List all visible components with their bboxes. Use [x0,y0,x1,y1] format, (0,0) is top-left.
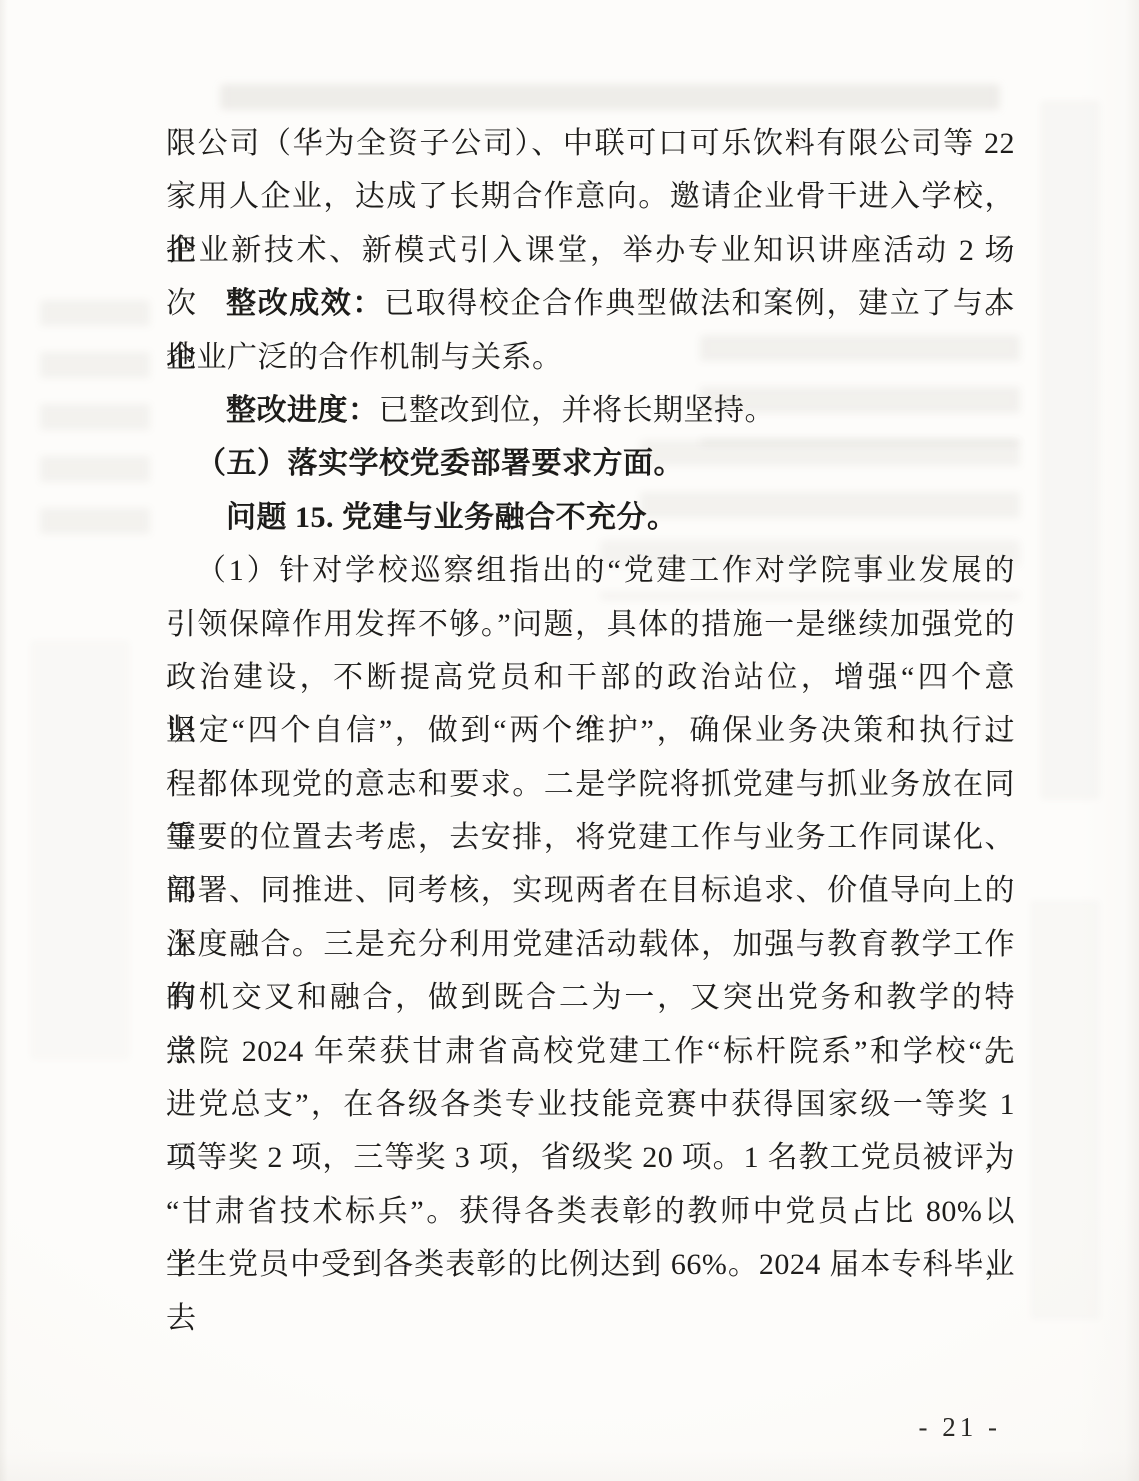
text-line: 学院 2024 年荣获甘肃省高校党建工作“标杆院系”和学校“先 [166,1025,1015,1078]
text-line: 有机交叉和融合，做到既合二为一，又突出党务和教学的特点。 [166,971,1015,1024]
text-line: 深度融合。三是充分利用党建活动载体，加强与教育教学工作的 [166,918,1015,971]
text-line: 二等奖 2 项，三等奖 3 项，省级奖 20 项。1 名教工党员被评为 [166,1131,1015,1184]
text-line: 重要的位置去考虑，去安排，将党建工作与业务工作同谋化、同 [166,811,1015,864]
text-line: 进党总支”，在各级各类专业技能竞赛中获得国家级一等奖 1 项， [166,1078,1015,1131]
line-bold-label: 整改进度： [226,394,379,427]
text-line: 企业新技术、新模式引入课堂，举办专业知识讲座活动 2 场次。 [166,224,1015,277]
text-line: “甘肃省技术标兵”。获得各类表彰的教师中党员占比 80%以上， [166,1185,1015,1238]
document-text: 限公司（华为全资子公司）、中联可口可乐饮料有限公司等 22 家用人企业，达成了长… [166,117,1015,1292]
bleed-through-ghost [40,300,150,560]
text-line: 部署、同推进、同考核，实现两者在目标追求、价值导向上的上 [166,864,1015,917]
section-heading: （五）落实学校党委部署要求方面。 [166,437,1015,490]
text-line: 坚定“四个自信”，做到“两个维护”，确保业务决策和执行过 [166,704,1015,757]
text-line: 限公司（华为全资子公司）、中联可口可乐饮料有限公司等 22 [166,117,1015,170]
bleed-through-ghost [30,640,130,1060]
bleed-through-ghost [220,84,1000,110]
text-line: 政治建设，不断提高党员和干部的政治站位，增强“四个意识”、 [166,651,1015,704]
problem-heading: 问题 15. 党建与业务融合不充分。 [166,491,1015,544]
scanned-document-page: { "colors": { "paper": "#fcfbf9", "ink":… [0,0,1139,1481]
line-bold-label: 整改成效： [226,287,384,320]
text-line: 企业广泛的合作机制与关系。 [166,331,1015,384]
text-line: 程都体现党的意志和要求。二是学院将抓党建与抓业务放在同等 [166,758,1015,811]
text-line: 学生党员中受到各类表彰的比例达到 66%。2024 届本专科毕业去 [166,1238,1015,1291]
text-line: （1）针对学校巡察组指出的“党建工作对学院事业发展的 [166,544,1015,597]
text-line: 家用人企业，达成了长期合作意向。邀请企业骨干进入学校，把 [166,170,1015,223]
page-number: - 21 - [919,1412,1001,1443]
line-text: 已整改到位，并将长期坚持。 [379,394,776,427]
text-line: 引领保障作用发挥不够。”问题，具体的措施一是继续加强党的 [166,598,1015,651]
bleed-through-ghost [1030,900,1100,1320]
bleed-through-ghost [1040,100,1100,800]
text-line: 整改进度：已整改到位，并将长期坚持。 [166,384,1015,437]
text-line: 整改成效：已取得校企合作典型做法和案例，建立了与本地 [166,277,1015,330]
